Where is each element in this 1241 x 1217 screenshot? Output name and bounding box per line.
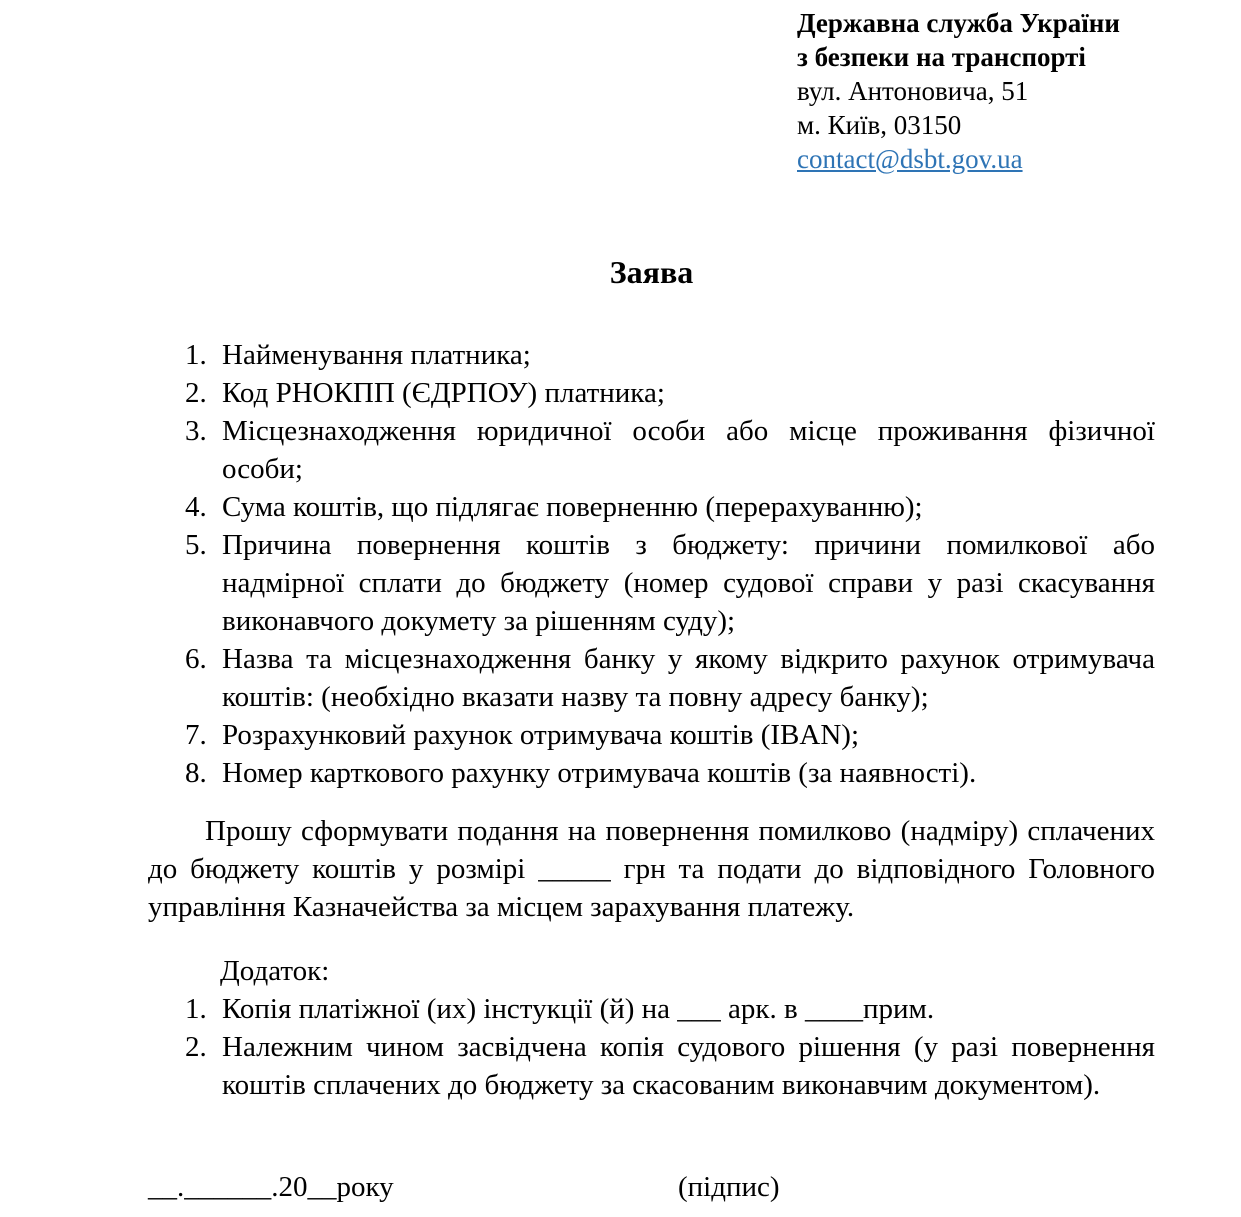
org-name-line1: Державна служба України <box>797 6 1227 40</box>
request-paragraph: Прошу сформувати подання на повернення п… <box>148 812 1155 926</box>
list-item-number: 7. <box>185 716 222 754</box>
details-list: 1. Найменування платника; 2. Код РНОКПП … <box>185 336 1155 792</box>
list-item-text: Належним чином засвідчена копія судового… <box>222 1028 1155 1104</box>
email-link[interactable]: contact@dsbt.gov.ua <box>797 144 1023 174</box>
list-item-number: 1. <box>185 336 222 374</box>
signature-label: (підпис) <box>678 1168 780 1206</box>
list-item-text: Копія платіжної (их) інстукції (й) на __… <box>222 990 1155 1028</box>
date-blank-line: __.______.20__року <box>148 1168 394 1206</box>
list-item-number: 6. <box>185 640 222 716</box>
list-item-number: 4. <box>185 488 222 526</box>
list-item-number: 3. <box>185 412 222 488</box>
list-item-text: Сума коштів, що підлягає поверненню (пер… <box>222 488 1155 526</box>
list-item-text: Розрахунковий рахунок отримувача коштів … <box>222 716 1155 754</box>
org-name-line2: з безпеки на транспорті <box>797 40 1227 74</box>
list-item: 7. Розрахунковий рахунок отримувача кошт… <box>185 716 1155 754</box>
list-item: 5. Причина повернення коштів з бюджету: … <box>185 526 1155 640</box>
list-item-text: Причина повернення коштів з бюджету: при… <box>222 526 1155 640</box>
list-item: 2. Належним чином засвідчена копія судов… <box>185 1028 1155 1104</box>
list-item: 2. Код РНОКПП (ЄДРПОУ) платника; <box>185 374 1155 412</box>
list-item-text: Найменування платника; <box>222 336 1155 374</box>
list-item-text: Місцезнаходження юридичної особи або міс… <box>222 412 1155 488</box>
list-item-number: 8. <box>185 754 222 792</box>
attachments-heading: Додаток: <box>220 952 329 990</box>
list-item: 3. Місцезнаходження юридичної особи або … <box>185 412 1155 488</box>
list-item: 8. Номер карткового рахунку отримувача к… <box>185 754 1155 792</box>
addressee-block: Державна служба України з безпеки на тра… <box>797 6 1227 176</box>
list-item-number: 5. <box>185 526 222 640</box>
list-item-text: Назва та місцезнаходження банку у якому … <box>222 640 1155 716</box>
list-item-number: 2. <box>185 374 222 412</box>
list-item-text: Номер карткового рахунку отримувача кошт… <box>222 754 1155 792</box>
list-item-text: Код РНОКПП (ЄДРПОУ) платника; <box>222 374 1155 412</box>
list-item-number: 2. <box>185 1028 222 1104</box>
list-item: 1. Найменування платника; <box>185 336 1155 374</box>
email-row: contact@dsbt.gov.ua <box>797 142 1227 176</box>
list-item-number: 1. <box>185 990 222 1028</box>
attachments-list: 1. Копія платіжної (их) інстукції (й) на… <box>185 990 1155 1104</box>
list-item: 4. Сума коштів, що підлягає поверненню (… <box>185 488 1155 526</box>
list-item: 1. Копія платіжної (их) інстукції (й) на… <box>185 990 1155 1028</box>
address-street: вул. Антоновича, 51 <box>797 74 1227 108</box>
document-title: Заява <box>148 250 1155 294</box>
list-item: 6. Назва та місцезнаходження банку у яко… <box>185 640 1155 716</box>
address-city: м. Київ, 03150 <box>797 108 1227 142</box>
